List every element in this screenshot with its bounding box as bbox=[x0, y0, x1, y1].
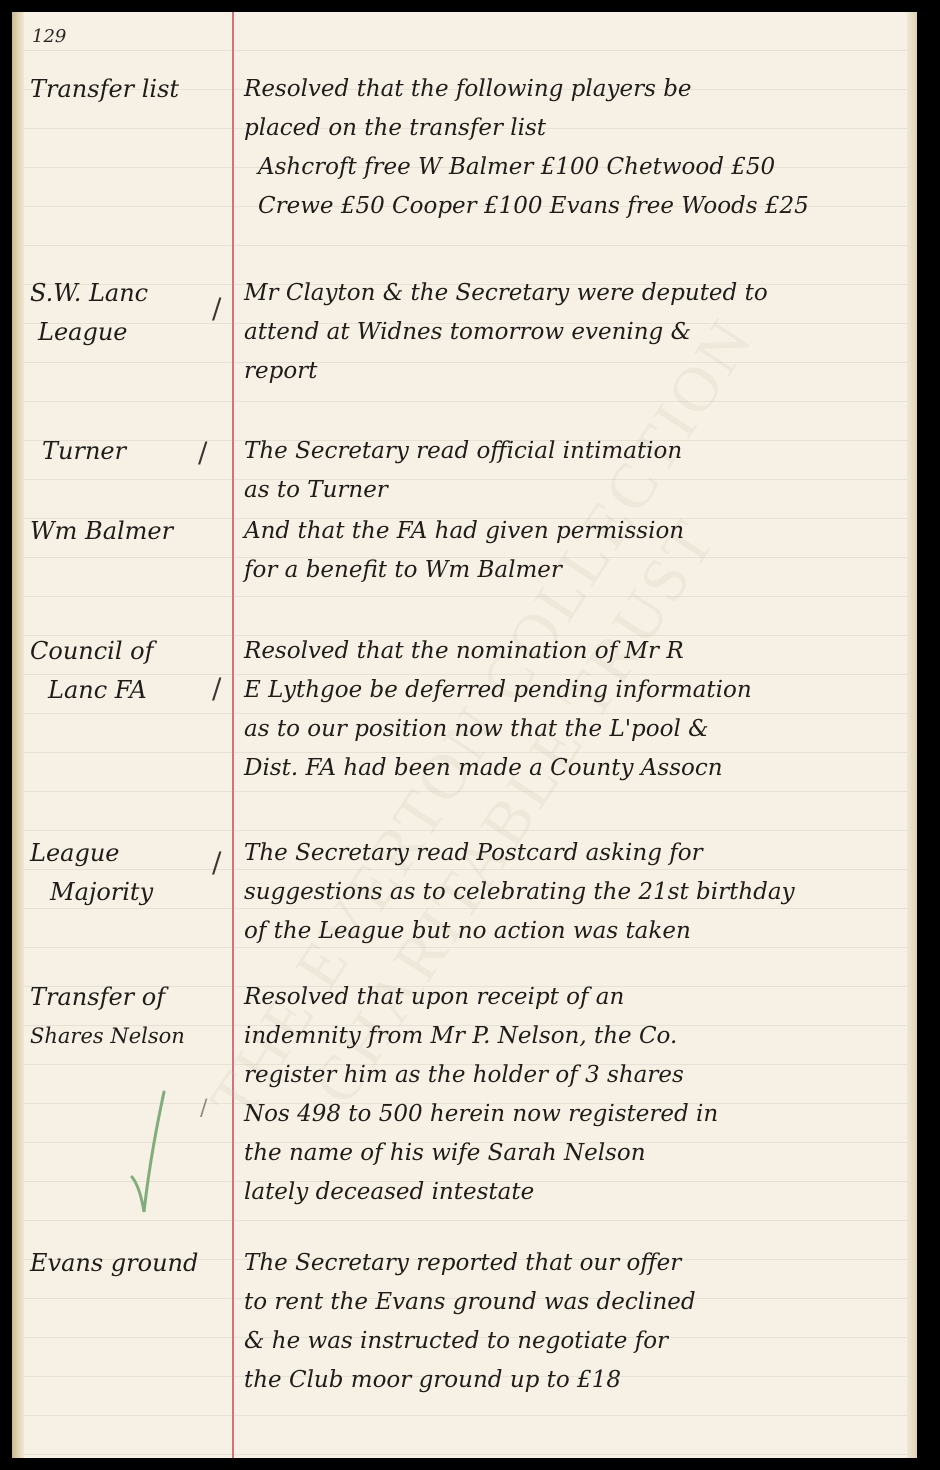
heading-line: Council of bbox=[30, 632, 225, 671]
minute-line: Mr Clayton & the Secretary were deputed … bbox=[244, 274, 904, 313]
heading-line: Evans ground bbox=[30, 1244, 225, 1283]
minute-line: register him as the holder of 3 shares bbox=[244, 1056, 904, 1095]
heading-line: Wm Balmer bbox=[30, 512, 225, 551]
minute-text: Mr Clayton & the Secretary were deputed … bbox=[244, 274, 904, 391]
minute-text: The Secretary reported that our offer to… bbox=[244, 1244, 904, 1400]
minute-line: The Secretary read official intimation bbox=[244, 432, 904, 471]
minute-text: Resolved that the nomination of Mr R E L… bbox=[244, 632, 904, 788]
minute-line: & he was instructed to negotiate for bbox=[244, 1322, 904, 1361]
minute-text: Resolved that upon receipt of an indemni… bbox=[244, 978, 904, 1212]
minute-line: The Secretary read Postcard asking for bbox=[244, 834, 904, 873]
minute-line: Dist. FA had been made a County Assocn bbox=[244, 749, 904, 788]
minute-line: Ashcroft free W Balmer £100 Chetwood £50 bbox=[244, 148, 904, 187]
page-fore-edge bbox=[907, 12, 917, 1458]
minute-line: as to our position now that the L'pool & bbox=[244, 710, 904, 749]
minute-line: lately deceased intestate bbox=[244, 1173, 904, 1212]
heading-line: Turner bbox=[30, 432, 225, 471]
minute-line: Nos 498 to 500 herein now registered in bbox=[244, 1095, 904, 1134]
marginal-heading: Turner bbox=[30, 432, 225, 471]
marginal-heading: Transfer of Shares Nelson bbox=[30, 978, 225, 1056]
minute-line: suggestions as to celebrating the 21st b… bbox=[244, 873, 904, 912]
heading-line: League bbox=[30, 313, 225, 352]
tick-icon: / bbox=[200, 1096, 207, 1121]
ledger-page: THE EVERTON COLLECTION CHARITABLE TRUST … bbox=[12, 12, 917, 1458]
minute-line: indemnity from Mr P. Nelson, the Co. bbox=[244, 1017, 904, 1056]
marginal-heading: Council of Lanc FA bbox=[30, 632, 225, 710]
minute-text: And that the FA had given permission for… bbox=[244, 512, 904, 590]
minute-text: The Secretary read official intimation a… bbox=[244, 432, 904, 510]
minute-line: attend at Widnes tomorrow evening & bbox=[244, 313, 904, 352]
heading-line: S.W. Lanc bbox=[30, 274, 225, 313]
tick-icon: / bbox=[212, 672, 221, 705]
scan-frame: THE EVERTON COLLECTION CHARITABLE TRUST … bbox=[0, 0, 940, 1470]
heading-line: Transfer list bbox=[30, 70, 225, 109]
minute-text: The Secretary read Postcard asking for s… bbox=[244, 834, 904, 951]
marginal-heading: League Majority bbox=[30, 834, 225, 912]
heading-line: Transfer of bbox=[30, 978, 225, 1017]
red-margin-rule bbox=[232, 12, 234, 1458]
heading-line: League bbox=[30, 834, 225, 873]
green-check-icon bbox=[130, 1087, 170, 1217]
minute-line: placed on the transfer list bbox=[244, 109, 904, 148]
minute-line: E Lythgoe be deferred pending informatio… bbox=[244, 671, 904, 710]
tick-icon: / bbox=[212, 846, 221, 879]
minute-line: And that the FA had given permission bbox=[244, 512, 904, 551]
heading-line: Shares Nelson bbox=[30, 1017, 225, 1056]
tick-icon: / bbox=[212, 292, 221, 325]
heading-line: Lanc FA bbox=[30, 671, 225, 710]
marginal-heading: Wm Balmer bbox=[30, 512, 225, 551]
marginal-heading: Evans ground bbox=[30, 1244, 225, 1283]
minute-line: the Club moor ground up to £18 bbox=[244, 1361, 904, 1400]
heading-line: Majority bbox=[30, 873, 225, 912]
page-binding-edge bbox=[12, 12, 24, 1458]
minute-line: Resolved that the following players be bbox=[244, 70, 904, 109]
minute-line: The Secretary reported that our offer bbox=[244, 1244, 904, 1283]
minute-line: to rent the Evans ground was declined bbox=[244, 1283, 904, 1322]
minute-line: Resolved that upon receipt of an bbox=[244, 978, 904, 1017]
minute-text: Resolved that the following players be p… bbox=[244, 70, 904, 226]
page-number: 129 bbox=[32, 26, 66, 47]
minute-line: Crewe £50 Cooper £100 Evans free Woods £… bbox=[244, 187, 904, 226]
marginal-heading: S.W. Lanc League bbox=[30, 274, 225, 352]
minute-line: of the League but no action was taken bbox=[244, 912, 904, 951]
minute-line: report bbox=[244, 352, 904, 391]
tick-icon: / bbox=[198, 436, 207, 469]
marginal-heading: Transfer list bbox=[30, 70, 225, 109]
minute-line: the name of his wife Sarah Nelson bbox=[244, 1134, 904, 1173]
minute-line: as to Turner bbox=[244, 471, 904, 510]
minute-line: for a benefit to Wm Balmer bbox=[244, 551, 904, 590]
minute-line: Resolved that the nomination of Mr R bbox=[244, 632, 904, 671]
